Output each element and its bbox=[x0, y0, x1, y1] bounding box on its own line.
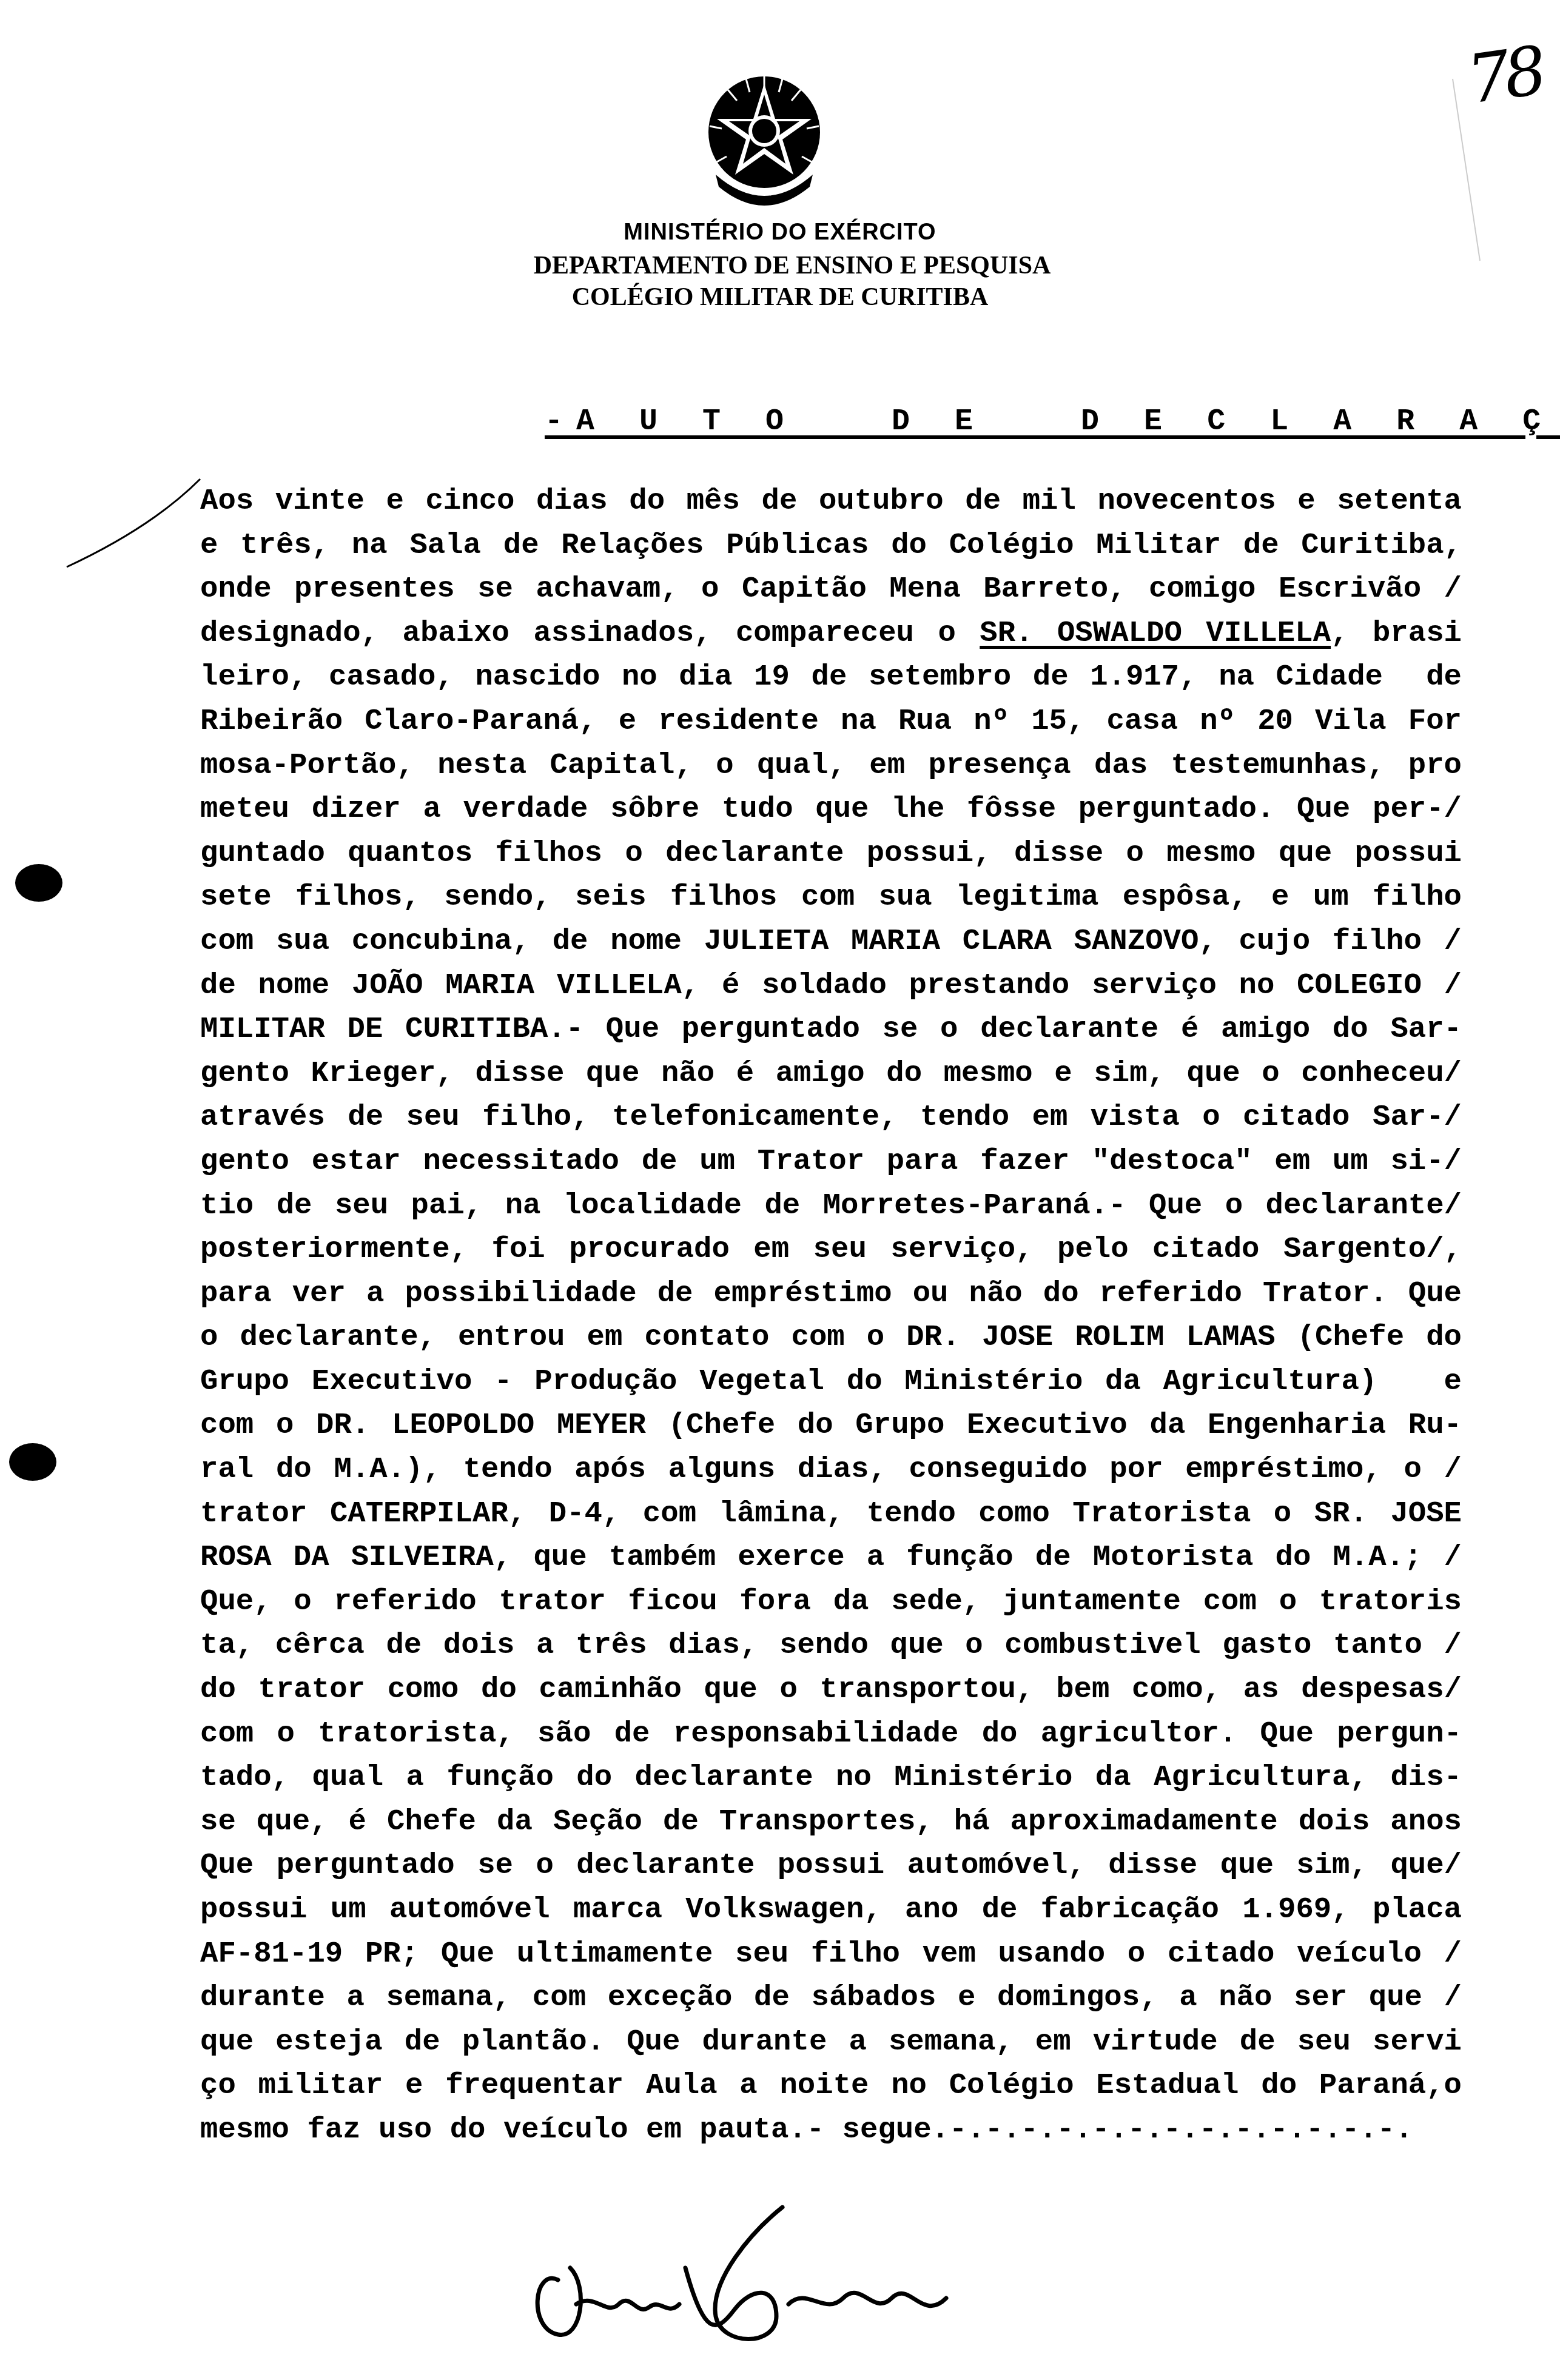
body-line: mesmo faz uso do veículo em pauta.- segu… bbox=[200, 2108, 1462, 2152]
body-line: gento Krieger, disse que não é amigo do … bbox=[200, 1051, 1462, 1096]
body-line: ROSA DA SILVEIRA, que também exerce a fu… bbox=[200, 1535, 1462, 1580]
body-line: com o tratorista, são de responsabilidad… bbox=[200, 1712, 1462, 1756]
body-line: ta, cêrca de dois a três dias, sendo que… bbox=[200, 1623, 1462, 1668]
body-line: possui um automóvel marca Volkswagen, an… bbox=[200, 1888, 1462, 1932]
body-line: mosa-Portão, nesta Capital, o qual, em p… bbox=[200, 743, 1462, 788]
letterhead-department: DEPARTAMENTO DE ENSINO E PESQUISA bbox=[0, 251, 1560, 280]
body-line: gento estar necessitado de um Trator par… bbox=[200, 1139, 1462, 1184]
letterhead-school: COLÉGIO MILITAR DE CURITIBA bbox=[0, 283, 1560, 312]
body-line: MILITAR DE CURITIBA.- Que perguntado se … bbox=[200, 1007, 1462, 1051]
body-line: AF-81-19 PR; Que ultimamente seu filho v… bbox=[200, 1932, 1462, 1976]
body-line: com o DR. LEOPOLDO MEYER (Chefe do Grupo… bbox=[200, 1403, 1462, 1447]
body-line: se que, é Chefe da Seção de Transportes,… bbox=[200, 1800, 1462, 1844]
body-line: Aos vinte e cinco dias do mês de outubro… bbox=[200, 479, 1462, 523]
body-line: ral do M.A.), tendo após alguns dias, co… bbox=[200, 1447, 1462, 1492]
handwritten-signature bbox=[522, 2195, 1007, 2353]
body-line: onde presentes se achavam, o Capitão Men… bbox=[200, 567, 1462, 611]
body-line: de nome JOÃO MARIA VILLELA, é soldado pr… bbox=[200, 964, 1462, 1008]
body-line: tado, qual a função do declarante no Min… bbox=[200, 1755, 1462, 1800]
declaration-body: Aos vinte e cinco dias do mês de outubro… bbox=[200, 479, 1462, 2152]
body-line: o declarante, entrou em contato com o DR… bbox=[200, 1315, 1462, 1359]
body-line: Que perguntado se o declarante possui au… bbox=[200, 1843, 1462, 1888]
body-line: com sua concubina, de nome JULIETA MARIA… bbox=[200, 919, 1462, 964]
body-line: do trator como do caminhão que o transpo… bbox=[200, 1668, 1462, 1712]
body-line: posteriormente, foi procurado em seu ser… bbox=[200, 1227, 1462, 1272]
document-title: -A U T O D E D E C L A R A Ç Ã O- bbox=[419, 370, 1560, 474]
body-line: para ver a possibilidade de empréstimo o… bbox=[200, 1272, 1462, 1316]
body-line: Que, o referido trator ficou fora da sed… bbox=[200, 1580, 1462, 1624]
body-line: trator CATERPILAR, D-4, com lâmina, tend… bbox=[200, 1492, 1462, 1536]
body-line: tio de seu pai, na localidade de Morrete… bbox=[200, 1184, 1462, 1228]
body-line: e três, na Sala de Relações Públicas do … bbox=[200, 523, 1462, 568]
document-title-text: -A U T O D E D E C L A R A Ç Ã O- bbox=[545, 404, 1560, 439]
body-line: sete filhos, sendo, seis filhos com sua … bbox=[200, 875, 1462, 919]
body-line: guntado quantos filhos o declarante poss… bbox=[200, 831, 1462, 876]
body-line: designado, abaixo assinados, compareceu … bbox=[200, 611, 1462, 655]
body-line: durante a semana, com exceção de sábados… bbox=[200, 1976, 1462, 2020]
brazilian-coat-of-arms-icon bbox=[691, 65, 837, 211]
body-line: Grupo Executivo - Produção Vegetal do Mi… bbox=[200, 1359, 1462, 1404]
punch-hole bbox=[15, 864, 62, 902]
body-line: que esteja de plantão. Que durante a sem… bbox=[200, 2020, 1462, 2064]
document-page: 78 MINISTÉRIO DO EXÉRCITO DEPARTAMENTO D… bbox=[0, 0, 1560, 2380]
body-line: Ribeirão Claro-Paraná, e residente na Ru… bbox=[200, 699, 1462, 743]
body-line: leiro, casado, nascido no dia 19 de sete… bbox=[200, 655, 1462, 699]
handwritten-page-number: 78 bbox=[1463, 32, 1546, 118]
punch-hole bbox=[9, 1443, 56, 1481]
declarant-name: SR. OSWALDO VILLELA bbox=[980, 616, 1331, 650]
body-line: ço militar e frequentar Aula a noite no … bbox=[200, 2063, 1462, 2108]
body-line: através de seu filho, telefonicamente, t… bbox=[200, 1095, 1462, 1139]
letterhead-ministry: MINISTÉRIO DO EXÉRCITO bbox=[0, 220, 1560, 246]
body-line: meteu dizer a verdade sôbre tudo que lhe… bbox=[200, 787, 1462, 831]
